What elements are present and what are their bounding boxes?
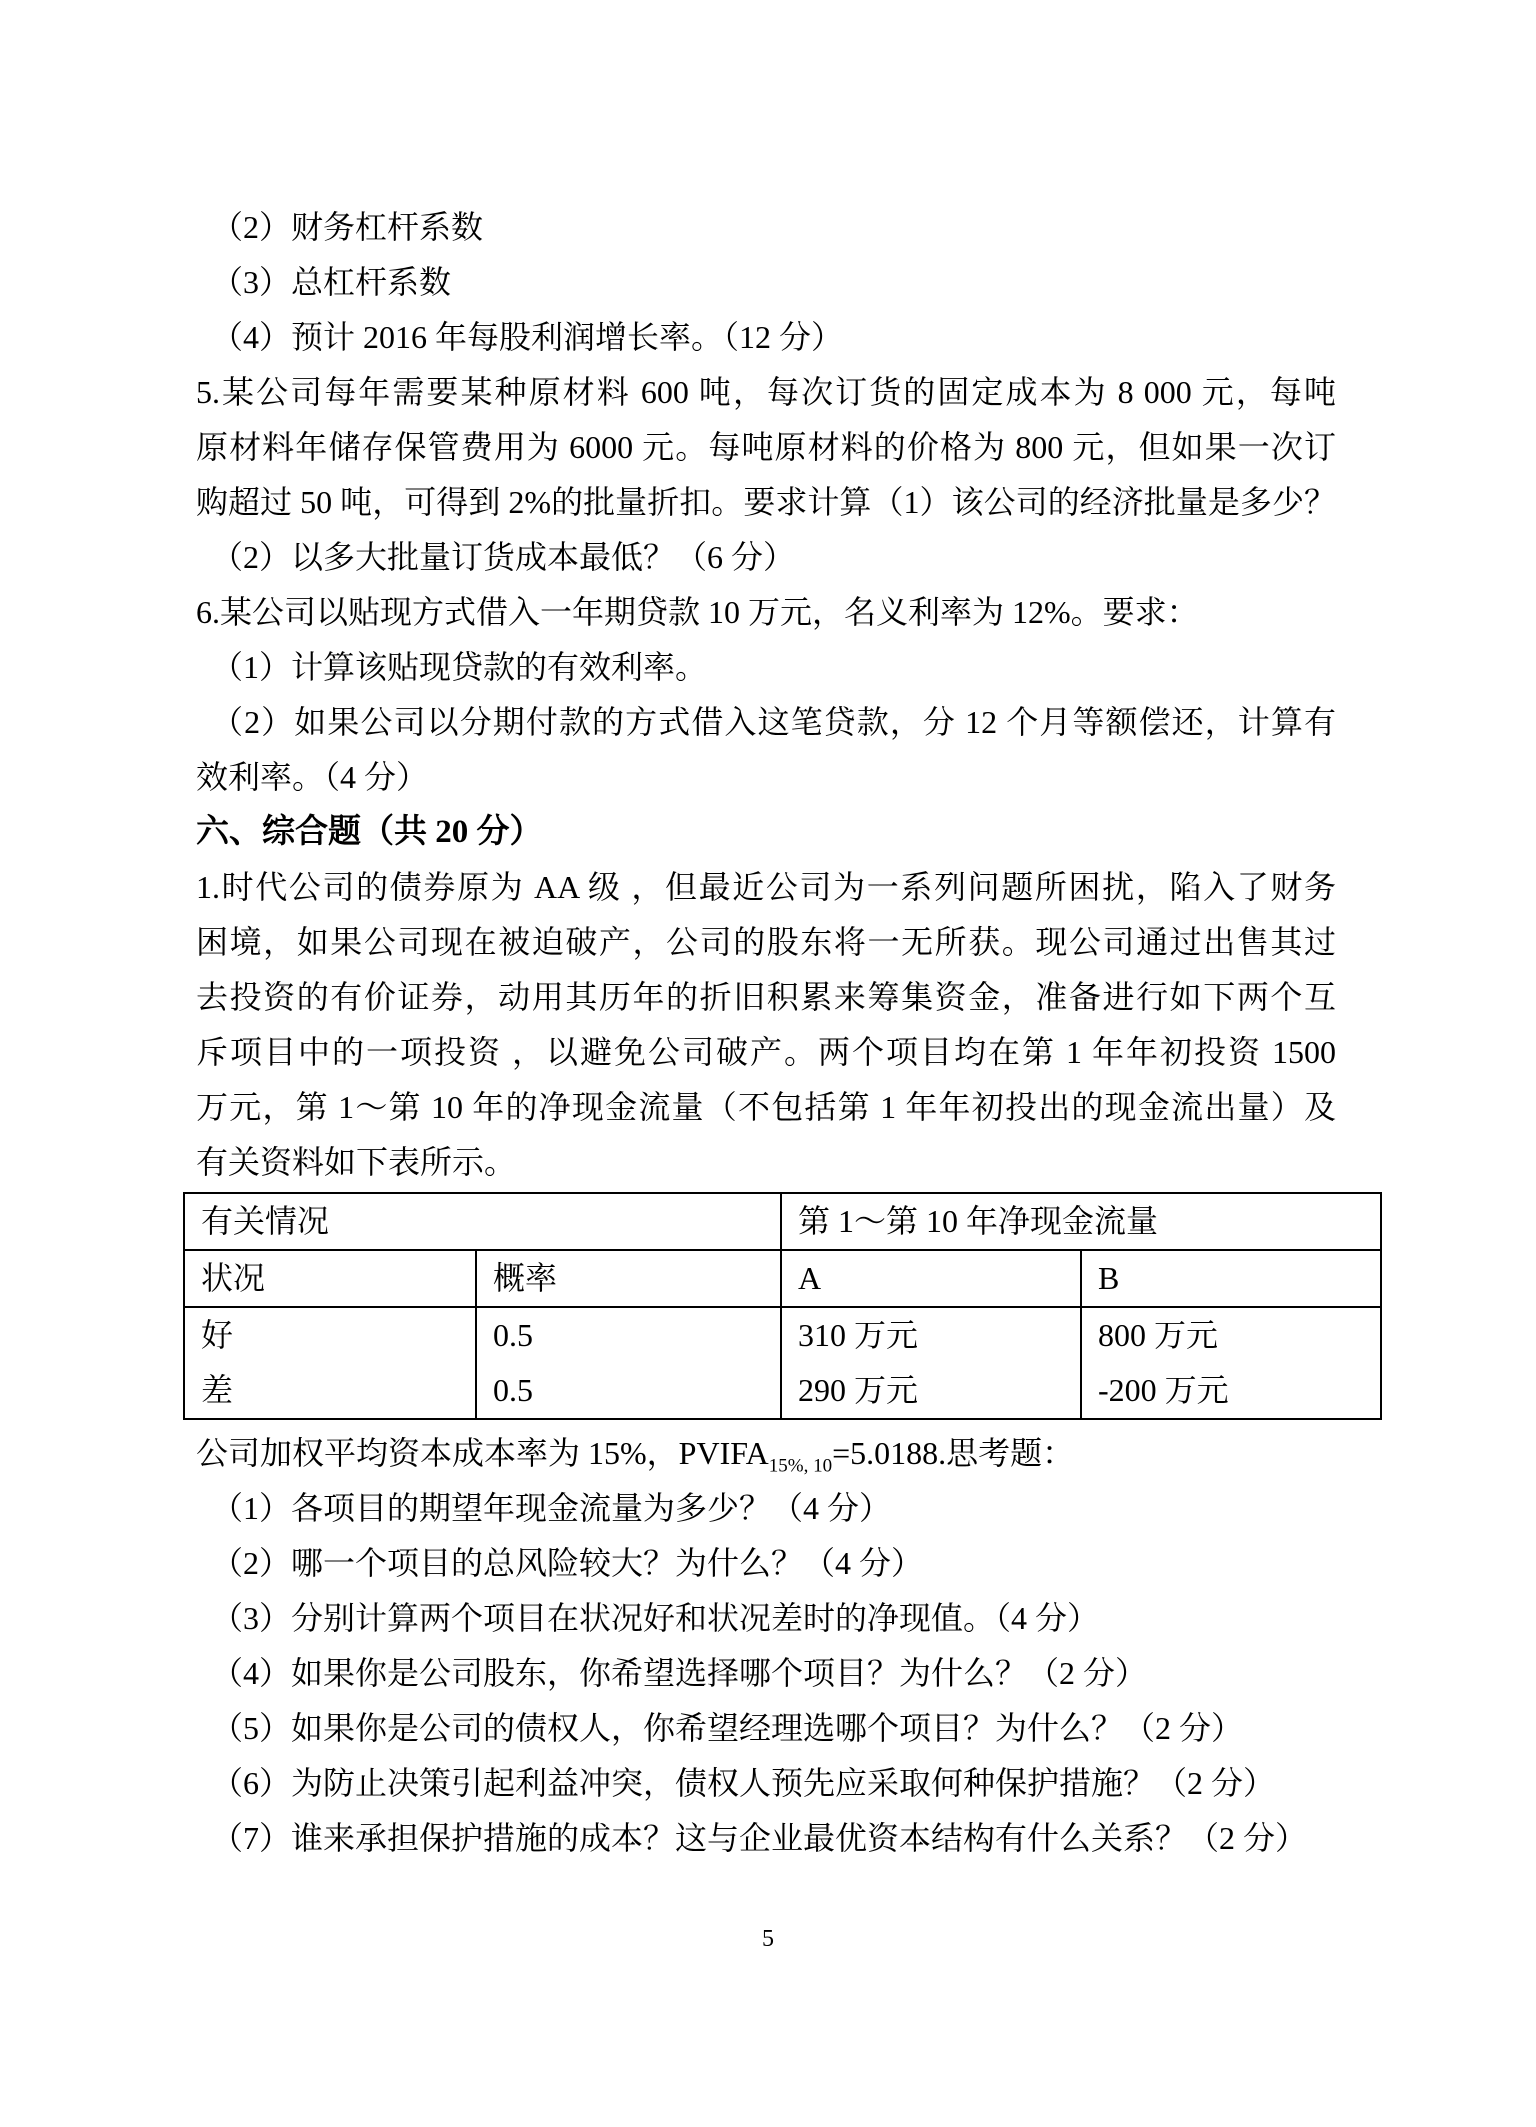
pvifa-subscript: 15%, 10 — [769, 1455, 832, 1476]
text-line: 万元，第 1～第 10 年的净现金流量（不包括第 1 年年初投出的现金流出量）及 — [196, 1080, 1336, 1135]
table-row: 有关情况 第 1～第 10 年净现金流量 — [184, 1193, 1381, 1250]
text-line: 斥项目中的一项投资 ，以避免公司破产。两个项目均在第 1 年年初投资 1500 — [196, 1025, 1336, 1080]
text-line: （5）如果你是公司的债权人，你希望经理选哪个项目？为什么？（2 分） — [196, 1701, 1336, 1756]
table-cell-line: 好 — [201, 1308, 471, 1363]
table-cell-line: 290 万元 — [798, 1363, 1076, 1418]
table-header-cell: 概率 — [476, 1250, 781, 1307]
table-cell: 0.5 0.5 — [476, 1307, 781, 1419]
table-cell-line: 0.5 — [493, 1308, 776, 1363]
table-header-cell: A — [781, 1250, 1081, 1307]
table-header-cell: 有关情况 — [184, 1193, 781, 1250]
text-line: （2）财务杠杆系数 — [196, 200, 1336, 255]
text-line: （6）为防止决策引起利益冲突，债权人预先应采取何种保护措施？（2 分） — [196, 1756, 1336, 1811]
table-header-cell: 第 1～第 10 年净现金流量 — [781, 1193, 1381, 1250]
table-cell-line: 0.5 — [493, 1363, 776, 1418]
text-line: 购超过 50 吨，可得到 2%的批量折扣。要求计算（1）该公司的经济批量是多少？ — [196, 475, 1336, 530]
table-cell-line: 差 — [201, 1363, 471, 1418]
text-line: （1）各项目的期望年现金流量为多少？（4 分） — [196, 1481, 1336, 1536]
table-cell: 800 万元 -200 万元 — [1081, 1307, 1381, 1419]
text-line: （2）如果公司以分期付款的方式借入这笔贷款，分 12 个月等额偿还，计算有 — [196, 695, 1336, 750]
text-line: 原材料年储存保管费用为 6000 元。每吨原材料的价格为 800 元，但如果一次… — [196, 420, 1336, 475]
table-cell-line: 800 万元 — [1098, 1308, 1376, 1363]
pvifa-prefix: 公司加权平均资本成本率为 15%，PVIFA — [196, 1435, 769, 1471]
text-line: 效利率。（4 分） — [196, 750, 1336, 805]
text-line: 去投资的有价证券，动用其历年的折旧积累来筹集资金，准备进行如下两个互 — [196, 970, 1336, 1025]
table-cell: 310 万元 290 万元 — [781, 1307, 1081, 1419]
table-cell: 好 差 — [184, 1307, 476, 1419]
section-heading: 六、综合题（共 20 分） — [196, 805, 1336, 860]
page-number: 5 — [0, 1926, 1536, 1953]
pvifa-suffix: =5.0188.思考题： — [832, 1435, 1074, 1471]
text-line: （4）预计 2016 年每股利润增长率。（12 分） — [196, 310, 1336, 365]
table-row: 好 差 0.5 0.5 310 万元 290 万元 800 万元 -200 万元 — [184, 1307, 1381, 1419]
document-body: （2）财务杠杆系数 （3）总杠杆系数 （4）预计 2016 年每股利润增长率。（… — [196, 200, 1336, 1866]
text-line: （4）如果你是公司股东，你希望选择哪个项目？为什么？（2 分） — [196, 1646, 1336, 1701]
text-line: 1.时代公司的债券原为 AA 级 ，但最近公司为一系列问题所困扰，陷入了财务 — [196, 860, 1336, 915]
cash-flow-table: 有关情况 第 1～第 10 年净现金流量 状况 概率 A B 好 差 0.5 0… — [183, 1192, 1382, 1420]
table-header-cell: 状况 — [184, 1250, 476, 1307]
text-line: （2）以多大批量订货成本最低？（6 分） — [196, 530, 1336, 585]
text-line: （7）谁来承担保护措施的成本？这与企业最优资本结构有什么关系？（2 分） — [196, 1811, 1336, 1866]
text-line: 困境，如果公司现在被迫破产，公司的股东将一无所获。现公司通过出售其过 — [196, 915, 1336, 970]
table-row: 状况 概率 A B — [184, 1250, 1381, 1307]
text-line: 有关资料如下表所示。 — [196, 1135, 1336, 1190]
document-page: （2）财务杠杆系数 （3）总杠杆系数 （4）预计 2016 年每股利润增长率。（… — [0, 0, 1536, 2127]
pvifa-formula-line: 公司加权平均资本成本率为 15%，PVIFA15%, 10=5.0188.思考题… — [196, 1426, 1336, 1481]
text-line: （1）计算该贴现贷款的有效利率。 — [196, 640, 1336, 695]
table-cell-line: 310 万元 — [798, 1308, 1076, 1363]
text-line: （2）哪一个项目的总风险较大？为什么？（4 分） — [196, 1536, 1336, 1591]
table-cell-line: -200 万元 — [1098, 1363, 1376, 1418]
text-line: （3）分别计算两个项目在状况好和状况差时的净现值。（4 分） — [196, 1591, 1336, 1646]
table-header-cell: B — [1081, 1250, 1381, 1307]
text-line: （3）总杠杆系数 — [196, 255, 1336, 310]
text-line: 6.某公司以贴现方式借入一年期贷款 10 万元，名义利率为 12%。要求： — [196, 585, 1336, 640]
text-line: 5.某公司每年需要某种原材料 600 吨，每次订货的固定成本为 8 000 元，… — [196, 365, 1336, 420]
